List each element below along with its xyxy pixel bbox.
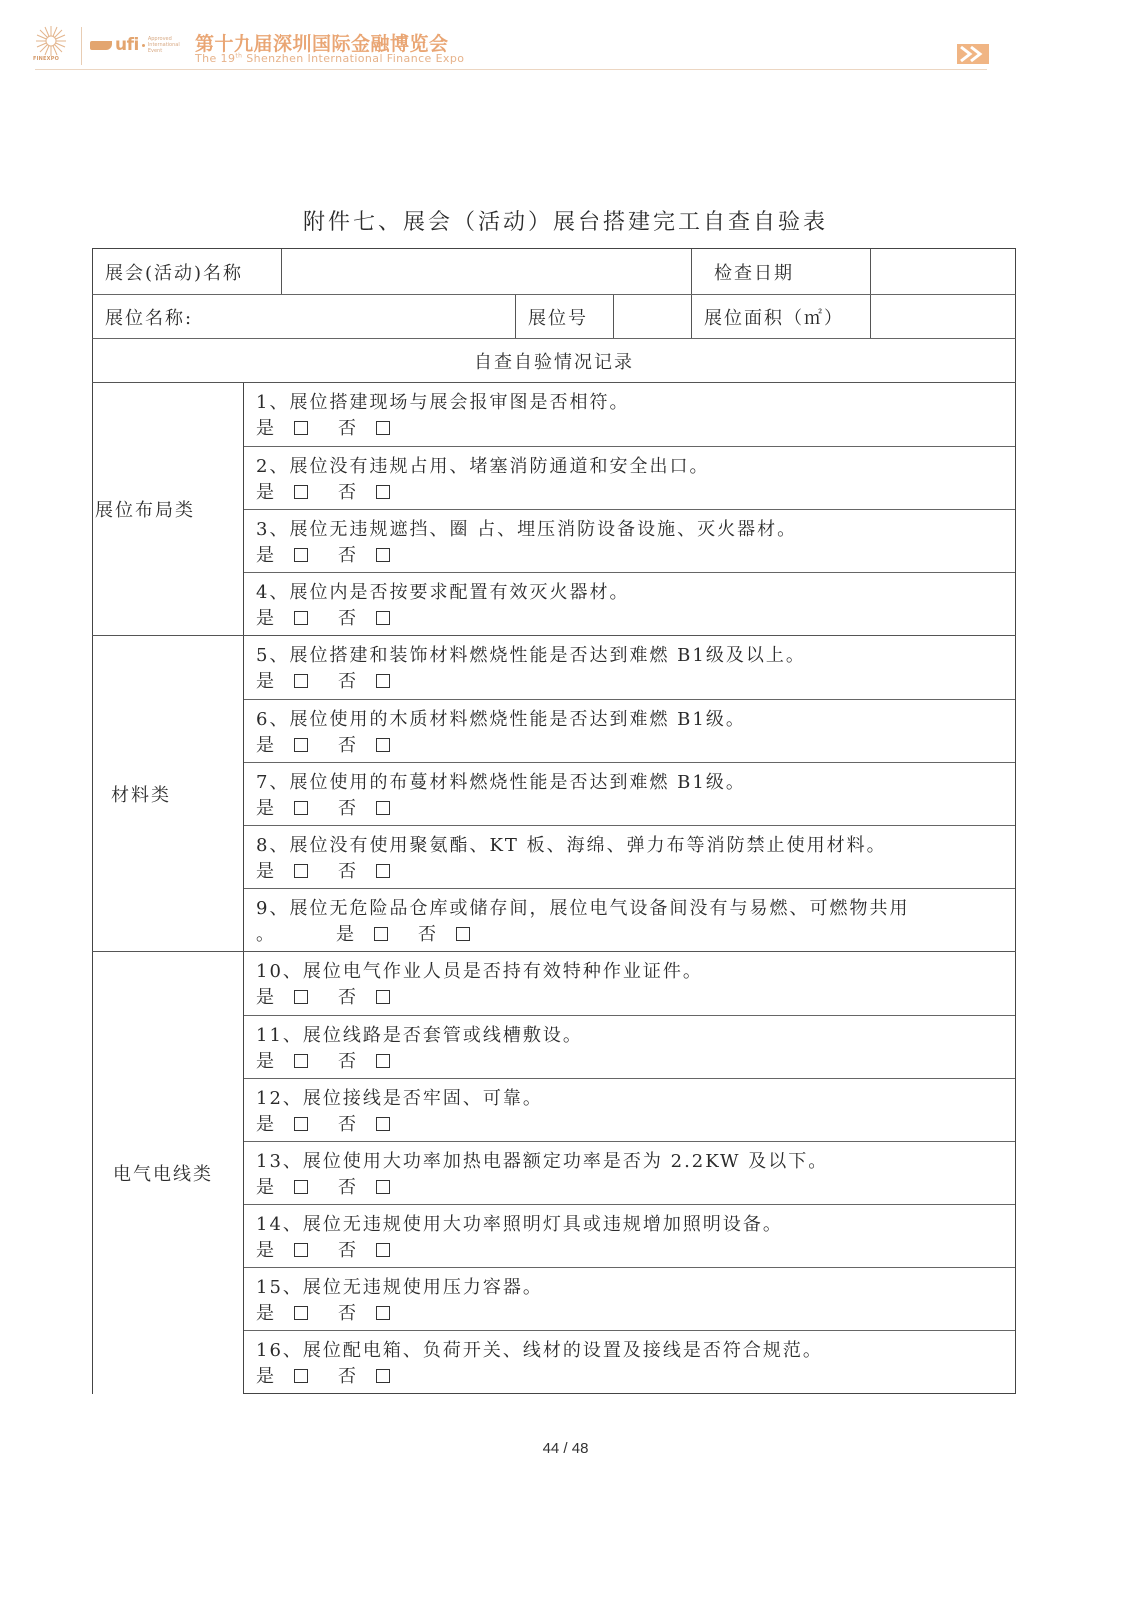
yes-label: 是 xyxy=(336,921,356,948)
header-divider xyxy=(35,69,987,70)
yes-label: 是 xyxy=(256,1237,276,1264)
yes-checkbox[interactable] xyxy=(294,421,308,435)
no-label: 否 xyxy=(338,795,358,822)
answer-row: 是否 xyxy=(256,543,1015,567)
section-items: 10、展位电气作业人员是否持有效特种作业证件。 是否 11、展位线路是否套管或线… xyxy=(243,952,1016,1394)
no-label: 否 xyxy=(338,1300,358,1327)
logo-divider xyxy=(81,27,82,65)
booth-area-field[interactable] xyxy=(870,295,1016,338)
ufi-text: ufi xyxy=(115,35,139,55)
yes-label: 是 xyxy=(256,542,276,569)
item-text: 5、展位搭建和装饰材料燃烧性能是否达到难燃 B1级及以上。 xyxy=(256,642,1015,669)
yes-checkbox[interactable] xyxy=(294,1180,308,1194)
finexpo-logo-text: FINEXPO xyxy=(33,56,59,62)
answer-row: 是否 xyxy=(256,416,1015,440)
ufi-mark-icon xyxy=(90,41,112,50)
item-text: 16、展位配电箱、负荷开关、线材的设置及接线是否符合规范。 xyxy=(256,1337,1015,1364)
expo-subtitle-post: Shenzhen International Finance Expo xyxy=(242,52,464,65)
no-label: 否 xyxy=(338,479,358,506)
no-checkbox[interactable] xyxy=(376,611,390,625)
section-items: 5、展位搭建和装饰材料燃烧性能是否达到难燃 B1级及以上。 是否 6、展位使用的… xyxy=(243,636,1016,951)
booth-number-label: 展位号 xyxy=(515,295,613,338)
checklist-item: 5、展位搭建和装饰材料燃烧性能是否达到难燃 B1级及以上。 是否 xyxy=(244,636,1015,699)
no-checkbox[interactable] xyxy=(376,990,390,1004)
no-checkbox[interactable] xyxy=(376,1369,390,1383)
yes-label: 是 xyxy=(256,795,276,822)
yes-checkbox[interactable] xyxy=(294,990,308,1004)
checklist-item: 13、展位使用大功率加热电器额定功率是否为 2.2KW 及以下。 是否 xyxy=(244,1141,1015,1204)
checklist-item: 2、展位没有违规占用、堵塞消防通道和安全出口。 是否 xyxy=(244,446,1015,509)
item-text: 14、展位无违规使用大功率照明灯具或违规增加照明设备。 xyxy=(256,1211,1015,1238)
yes-checkbox[interactable] xyxy=(294,1243,308,1257)
page-header: FINEXPO ufi Approved International Event… xyxy=(0,0,1131,80)
no-label: 否 xyxy=(418,921,438,948)
record-header: 自查自验情况记录 xyxy=(93,339,1015,382)
no-checkbox[interactable] xyxy=(376,1054,390,1068)
checklist-item: 10、展位电气作业人员是否持有效特种作业证件。 是否 xyxy=(244,952,1015,1015)
item-text: 2、展位没有违规占用、堵塞消防通道和安全出口。 xyxy=(256,453,1015,480)
yes-label: 是 xyxy=(256,479,276,506)
no-checkbox[interactable] xyxy=(376,1117,390,1131)
no-label: 否 xyxy=(338,542,358,569)
no-label: 否 xyxy=(338,668,358,695)
item-text: 12、展位接线是否牢固、可靠。 xyxy=(256,1085,1015,1112)
no-label: 否 xyxy=(338,605,358,632)
no-checkbox[interactable] xyxy=(376,421,390,435)
category-materials: 材料类 xyxy=(92,636,243,951)
ufi-dot xyxy=(142,44,145,47)
event-name-label: 展会(活动)名称 xyxy=(93,249,281,294)
yes-checkbox[interactable] xyxy=(294,548,308,562)
expo-subtitle: The 19th Shenzhen International Finance … xyxy=(195,52,464,65)
answer-row: 是否 xyxy=(256,480,1015,504)
no-label: 否 xyxy=(338,1048,358,1075)
no-label: 否 xyxy=(338,858,358,885)
no-checkbox[interactable] xyxy=(376,548,390,562)
yes-label: 是 xyxy=(256,858,276,885)
no-label: 否 xyxy=(338,732,358,759)
yes-label: 是 xyxy=(256,1363,276,1390)
no-label: 否 xyxy=(338,415,358,442)
no-label: 否 xyxy=(338,1237,358,1264)
item-text: 7、展位使用的布蔓材料燃烧性能是否达到难燃 B1级。 xyxy=(256,769,1015,796)
answer-row: 是否 xyxy=(256,796,1015,820)
yes-checkbox[interactable] xyxy=(294,1369,308,1383)
yes-checkbox[interactable] xyxy=(294,738,308,752)
no-checkbox[interactable] xyxy=(376,738,390,752)
booth-area-label: 展位面积（㎡） xyxy=(691,295,870,338)
yes-checkbox[interactable] xyxy=(294,611,308,625)
yes-checkbox[interactable] xyxy=(374,927,388,941)
ufi-logo: ufi Approved International Event xyxy=(90,35,180,55)
no-checkbox[interactable] xyxy=(376,1180,390,1194)
no-label: 否 xyxy=(338,1174,358,1201)
check-date-field[interactable] xyxy=(870,249,1016,294)
expo-subtitle-pre: The 19 xyxy=(195,52,235,65)
yes-checkbox[interactable] xyxy=(294,801,308,815)
item-text: 11、展位线路是否套管或线槽敷设。 xyxy=(256,1022,1015,1049)
section-materials: 材料类 5、展位搭建和装饰材料燃烧性能是否达到难燃 B1级及以上。 是否 6、展… xyxy=(92,635,1016,951)
checklist-item: 16、展位配电箱、负荷开关、线材的设置及接线是否符合规范。 是否 xyxy=(244,1330,1015,1393)
section-electrical: 电气电线类 10、展位电气作业人员是否持有效特种作业证件。 是否 11、展位线路… xyxy=(92,951,1016,1394)
answer-row: 是否 xyxy=(256,669,1015,693)
no-checkbox[interactable] xyxy=(376,1243,390,1257)
item-text: 4、展位内是否按要求配置有效灭火器材。 xyxy=(256,579,1015,606)
item-text: 9、展位无危险品仓库或储存间，展位电气设备间没有与易燃、可燃物共用 xyxy=(256,895,1015,922)
checklist-item: 8、展位没有使用聚氨酯、KT 板、海绵、弹力布等消防禁止使用材料。 是否 xyxy=(244,825,1015,888)
yes-label: 是 xyxy=(256,1048,276,1075)
yes-label: 是 xyxy=(256,984,276,1011)
checklist-item: 11、展位线路是否套管或线槽敷设。 是否 xyxy=(244,1015,1015,1078)
record-header-row: 自查自验情况记录 xyxy=(92,338,1016,382)
check-date-label: 检查日期 xyxy=(691,249,870,294)
no-label: 否 xyxy=(338,1111,358,1138)
booth-number-field[interactable] xyxy=(613,295,691,338)
event-name-field[interactable] xyxy=(281,249,691,294)
no-checkbox[interactable] xyxy=(456,927,470,941)
yes-label: 是 xyxy=(256,732,276,759)
answer-row: 是否 xyxy=(256,1112,1015,1136)
category-electrical: 电气电线类 xyxy=(92,952,243,1394)
section-layout: 展位布局类 1、展位搭建现场与展会报审图是否相符。 是否 2、展位没有违规占用、… xyxy=(92,382,1016,635)
yes-checkbox[interactable] xyxy=(294,1054,308,1068)
item-text: 13、展位使用大功率加热电器额定功率是否为 2.2KW 及以下。 xyxy=(256,1148,1015,1175)
answer-row: 是否 xyxy=(256,1238,1015,1262)
checklist-item: 6、展位使用的木质材料燃烧性能是否达到难燃 B1级。 是否 xyxy=(244,699,1015,762)
form-row-booth: 展位名称: 展位号 展位面积（㎡） xyxy=(92,294,1016,338)
answer-row: 是否 xyxy=(256,1175,1015,1199)
yes-label: 是 xyxy=(256,1300,276,1327)
checklist-item: 15、展位无违规使用压力容器。 是否 xyxy=(244,1267,1015,1330)
no-label: 否 xyxy=(338,1363,358,1390)
page-number: 44 / 48 xyxy=(0,1440,1131,1457)
category-layout: 展位布局类 xyxy=(92,383,243,635)
yes-checkbox[interactable] xyxy=(294,674,308,688)
document-title: 附件七、展会（活动）展台搭建完工自查自验表 xyxy=(0,205,1131,236)
section-items: 1、展位搭建现场与展会报审图是否相符。 是否 2、展位没有违规占用、堵塞消防通道… xyxy=(243,383,1016,635)
yes-label: 是 xyxy=(256,1111,276,1138)
answer-row: 是否 xyxy=(256,1301,1015,1325)
checklist-item: 4、展位内是否按要求配置有效灭火器材。 是否 xyxy=(244,572,1015,635)
checklist-item: 7、展位使用的布蔓材料燃烧性能是否达到难燃 B1级。 是否 xyxy=(244,762,1015,825)
no-checkbox[interactable] xyxy=(376,864,390,878)
answer-row: 是否 xyxy=(256,733,1015,757)
no-label: 否 xyxy=(338,984,358,1011)
item-text-tail: 。 xyxy=(256,921,276,948)
answer-row: 是否 xyxy=(256,1364,1015,1388)
yes-label: 是 xyxy=(256,668,276,695)
item-text: 15、展位无违规使用压力容器。 xyxy=(256,1274,1015,1301)
booth-name-label: 展位名称: xyxy=(93,295,515,338)
answer-row: 是否 xyxy=(256,985,1015,1009)
yes-label: 是 xyxy=(256,415,276,442)
yes-checkbox[interactable] xyxy=(294,485,308,499)
answer-row: 是否 xyxy=(256,859,1015,883)
answer-row: 是否 xyxy=(256,1049,1015,1073)
checklist-item: 9、展位无危险品仓库或储存间，展位电气设备间没有与易燃、可燃物共用 。是否 xyxy=(244,888,1015,951)
no-checkbox[interactable] xyxy=(376,801,390,815)
yes-label: 是 xyxy=(256,1174,276,1201)
yes-checkbox[interactable] xyxy=(294,1117,308,1131)
no-checkbox[interactable] xyxy=(376,1306,390,1320)
item-text: 6、展位使用的木质材料燃烧性能是否达到难燃 B1级。 xyxy=(256,706,1015,733)
checklist-item: 1、展位搭建现场与展会报审图是否相符。 是否 xyxy=(244,383,1015,446)
item-text: 1、展位搭建现场与展会报审图是否相符。 xyxy=(256,389,1015,416)
item-text: 10、展位电气作业人员是否持有效特种作业证件。 xyxy=(256,958,1015,985)
checklist-item: 14、展位无违规使用大功率照明灯具或违规增加照明设备。 是否 xyxy=(244,1204,1015,1267)
yes-checkbox[interactable] xyxy=(294,1306,308,1320)
no-checkbox[interactable] xyxy=(376,485,390,499)
ufi-approved-text: Approved International Event xyxy=(148,36,180,54)
answer-row: 是否 xyxy=(256,606,1015,630)
ufi-approved-line: Event xyxy=(148,48,180,54)
form-row-event: 展会(活动)名称 检查日期 xyxy=(92,248,1016,294)
answer-row: 。是否 xyxy=(256,922,1015,946)
checklist-item: 3、展位无违规遮挡、圈 占、埋压消防设备设施、灭火器材。 是否 xyxy=(244,509,1015,572)
double-chevron-right-icon xyxy=(957,44,989,64)
yes-checkbox[interactable] xyxy=(294,864,308,878)
self-inspection-form: 展会(活动)名称 检查日期 展位名称: 展位号 展位面积（㎡） 自查自验情况记录… xyxy=(92,248,1016,1394)
item-text: 3、展位无违规遮挡、圈 占、埋压消防设备设施、灭火器材。 xyxy=(256,516,1015,543)
no-checkbox[interactable] xyxy=(376,674,390,688)
item-text: 8、展位没有使用聚氨酯、KT 板、海绵、弹力布等消防禁止使用材料。 xyxy=(256,832,1015,859)
checklist-item: 12、展位接线是否牢固、可靠。 是否 xyxy=(244,1078,1015,1141)
yes-label: 是 xyxy=(256,605,276,632)
